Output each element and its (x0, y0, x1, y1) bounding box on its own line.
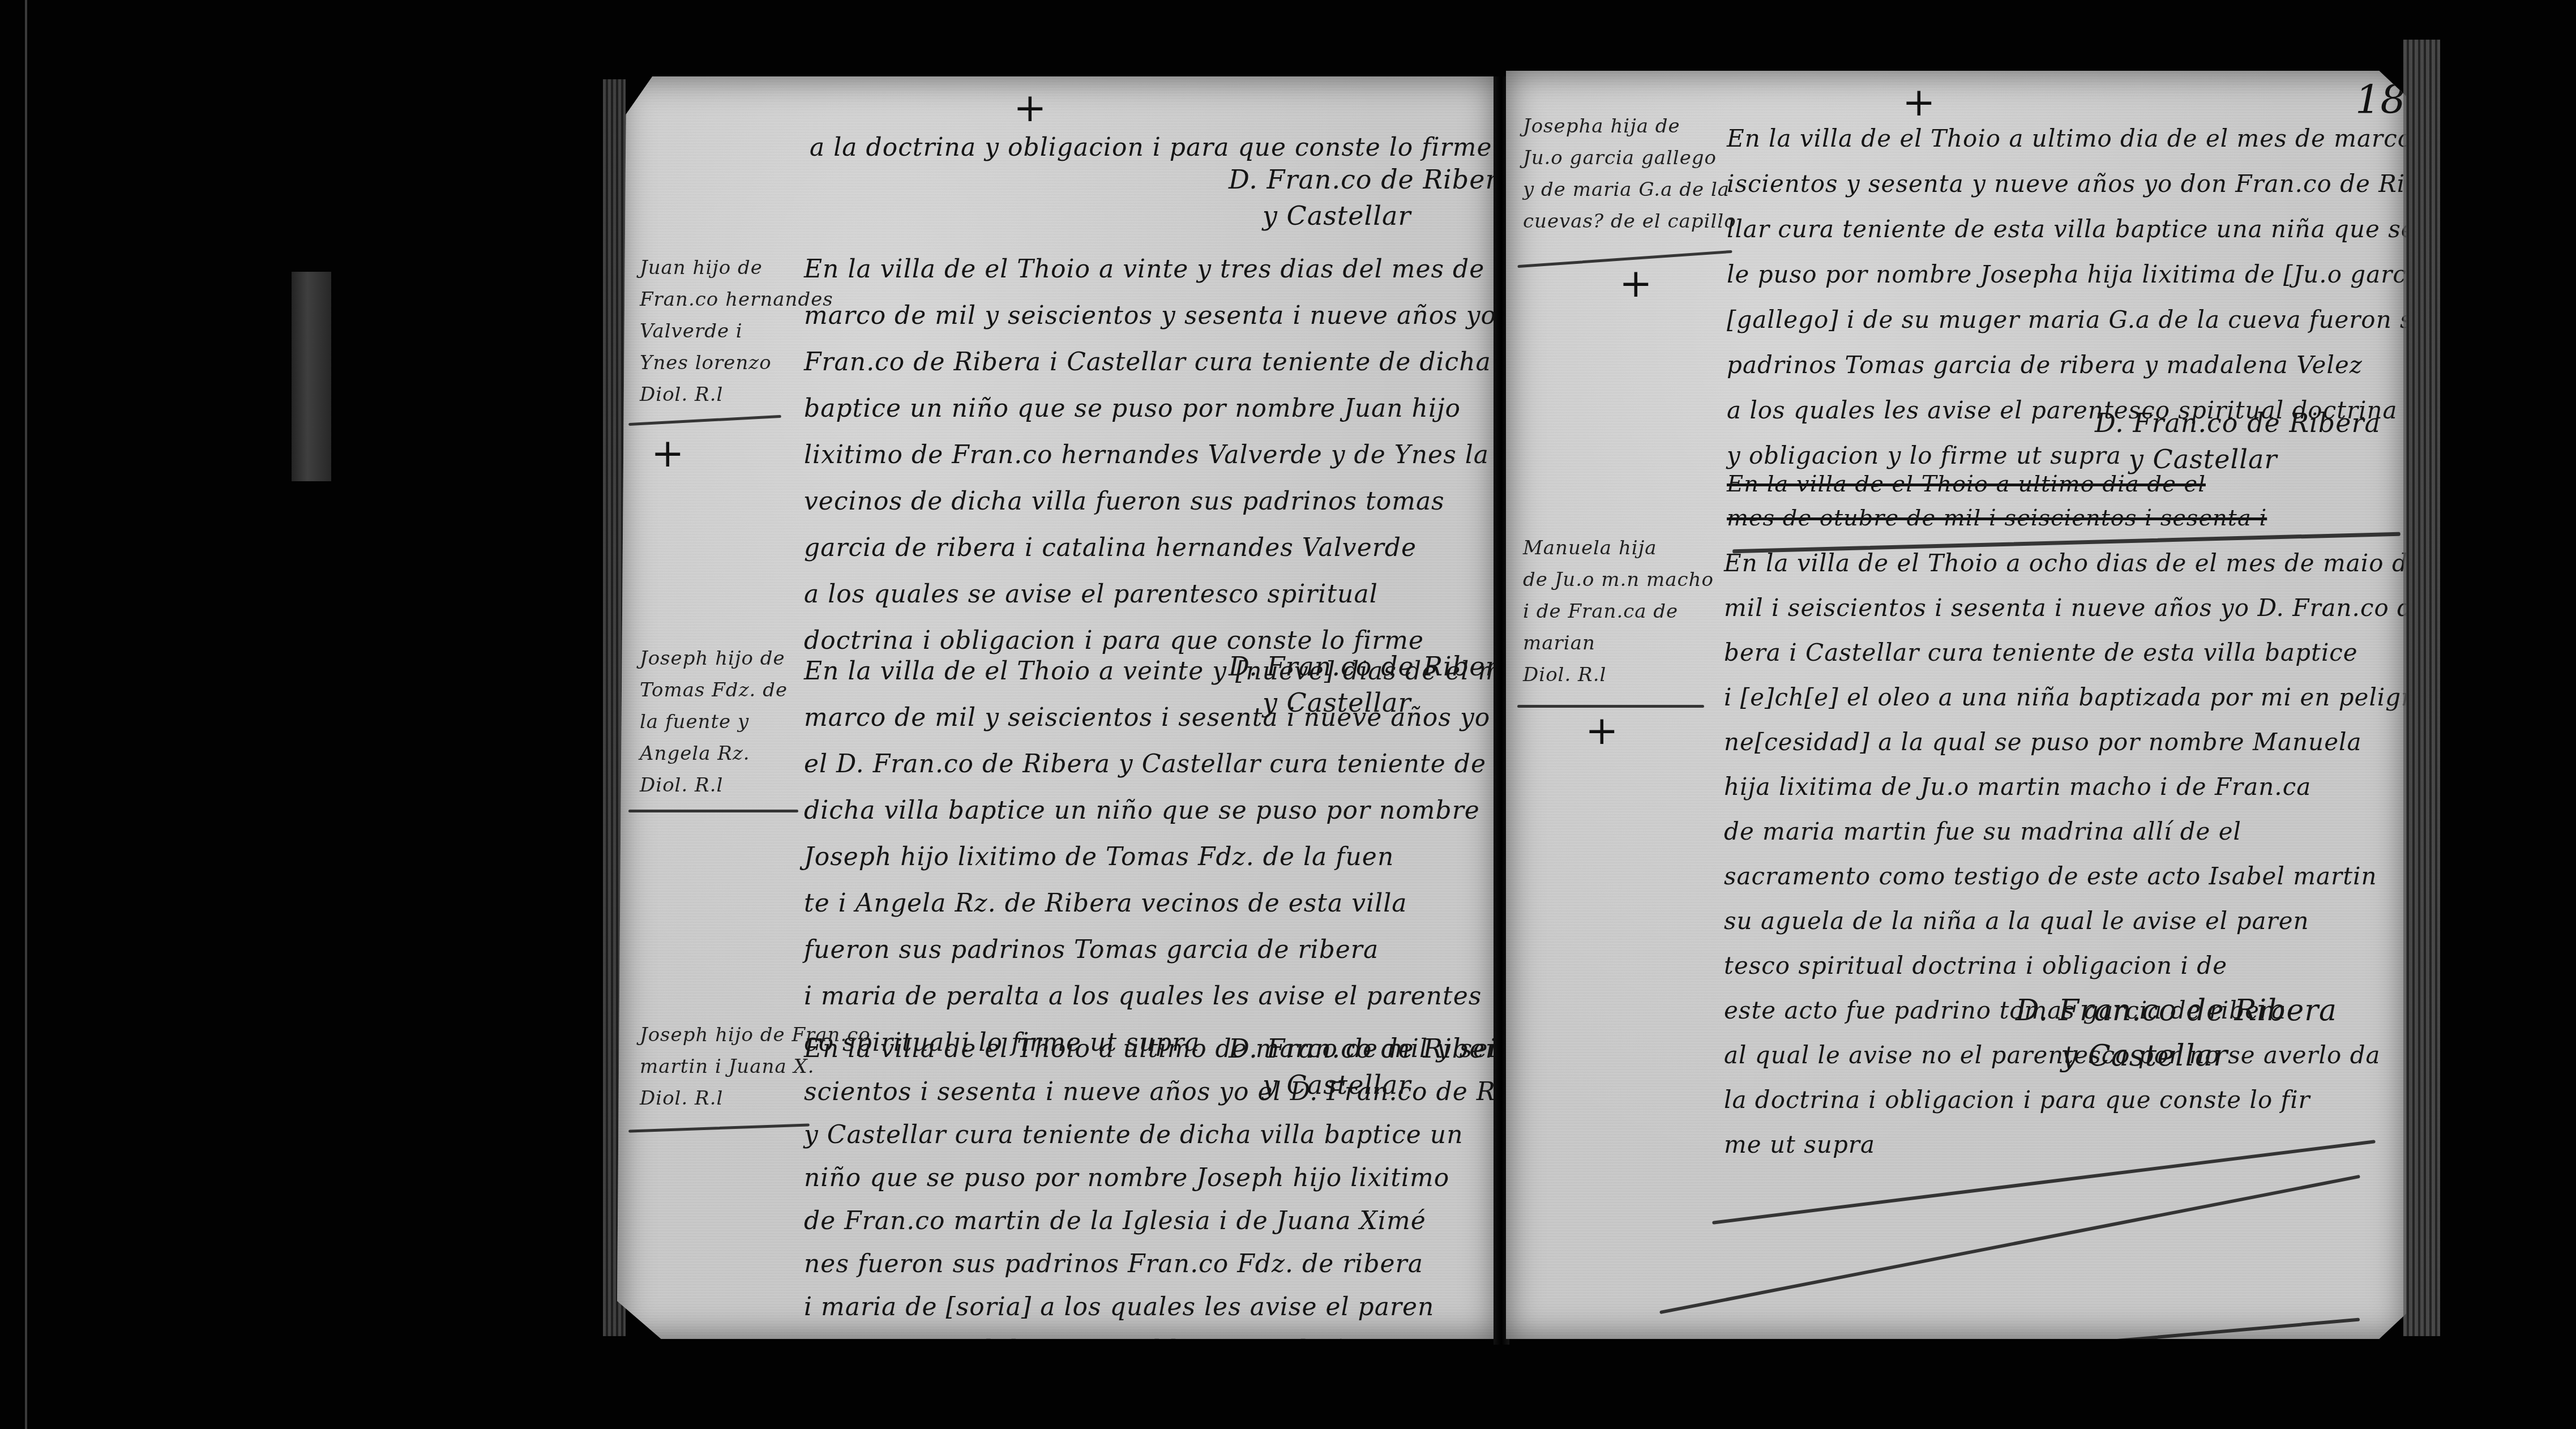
book-fore-edge (2403, 40, 2440, 1336)
left-page: + a la doctrina y obligacion i para que … (617, 76, 1497, 1339)
cross-mark: + (651, 433, 685, 473)
margin-note-josepha: Josepha hija de Ju.o garcia gallego y de… (1523, 110, 1736, 237)
cross-mark: + (1585, 711, 1619, 750)
entry-manuela-signature: D. Fran.co de Ribera y Castellar (2016, 988, 2337, 1079)
entry-joseph-1-body: En la villa de el Thoio a veinte y [nuev… (804, 648, 1571, 1066)
entry-joseph-2-signature: D. Fran.co de Ribera y Castellar (1144, 1373, 1394, 1429)
margin-divider (628, 415, 781, 426)
top-cross-mark: + (1013, 88, 1047, 127)
margin-divider (628, 810, 798, 812)
struck-out-entry: En la villa de el Thoio a ultimo dia de … (1727, 467, 2267, 535)
closing-stroke (1745, 1318, 2360, 1375)
margin-divider (628, 1123, 810, 1132)
entry-juan-body: En la villa de el Thoio a vinte y tres d… (804, 246, 1529, 664)
margin-note-manuela: Manuela hija de Ju.o m.n macho i de Fran… (1523, 532, 1714, 691)
scan-background: + a la doctrina y obligacion i para que … (0, 0, 2576, 1429)
entry-joseph-2-body: En la villa de el Thoio a ultimo de marc… (804, 1028, 1564, 1372)
margin-note-joseph-1: Joseph hijo de Tomas Fdz. de la fuente y… (640, 643, 788, 801)
entry-josepha-signature: D. Fran.co de Ribera y Castellar (2095, 405, 2381, 477)
film-edge (25, 0, 27, 1429)
stray-paper-strip (292, 272, 331, 481)
closing-stroke (1659, 1175, 2360, 1314)
cross-mark: + (1619, 263, 1653, 303)
right-page: 18 + Josepha hija de Ju.o garcia gallego… (1506, 71, 2406, 1339)
carryover-signature: D. Fran.co de Ribera y Castellar (1229, 161, 1514, 234)
